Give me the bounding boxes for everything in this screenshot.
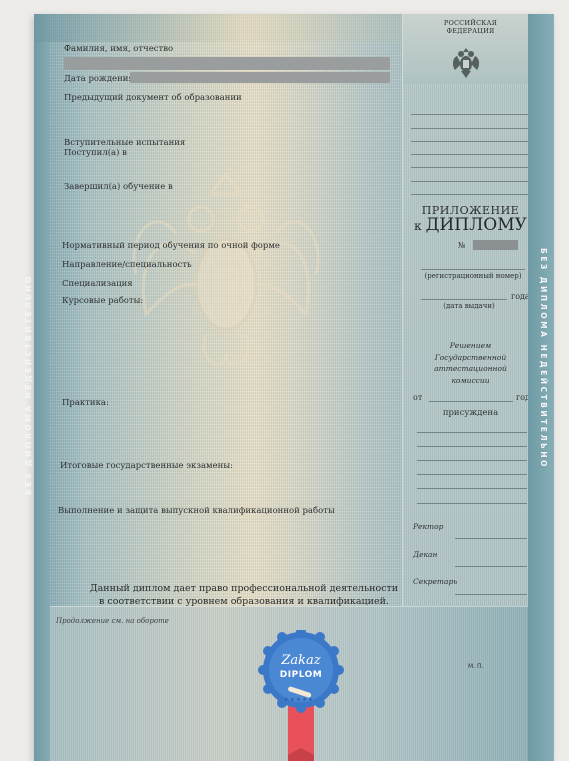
title-main: ДИПЛОМУ	[426, 215, 527, 235]
ruled-line	[417, 460, 527, 461]
label-practice: Практика:	[62, 398, 109, 408]
ruled-line	[411, 141, 529, 142]
country-line-1: РОССИЙСКАЯ	[403, 19, 538, 27]
secretary-label: Секретарь	[413, 577, 457, 586]
from-word: от	[413, 393, 422, 402]
rector-label: Ректор	[413, 522, 443, 531]
label-full-name: Фамилия, имя, отчество	[64, 44, 173, 54]
right-panel: РОССИЙСКАЯ ФЕДЕРАЦИЯ	[402, 14, 538, 606]
issue-date-line[interactable]	[421, 299, 507, 300]
ruled-line	[417, 474, 527, 475]
commission-text: Решением Государственной аттестационной …	[403, 340, 538, 386]
seal-ribbon-icon: ★ ★ ★ ★ ★	[258, 630, 344, 761]
awarded-word: присуждена	[403, 408, 538, 418]
label-direction: Направление/специальность	[62, 260, 192, 270]
ruled-line	[411, 128, 529, 129]
full-name-field[interactable]	[64, 57, 390, 70]
rights-notice: Данный диплом дает право профессионально…	[79, 582, 409, 608]
label-graduated: Завершил(а) обучение в	[64, 182, 173, 192]
side-text-right: БЕЗ ДИПЛОМА НЕДЕЙСТВИТЕЛЬНО	[539, 248, 548, 469]
commission-line: Государственной	[403, 352, 538, 364]
coat-of-arms-icon	[451, 44, 481, 80]
year-word: года	[511, 292, 530, 301]
commission-line: Решением	[403, 340, 538, 352]
supplement-number-field[interactable]	[473, 240, 518, 250]
label-birth-date: Дата рождения	[64, 74, 134, 84]
ruled-line	[417, 488, 527, 489]
svg-text:★ ★ ★ ★ ★: ★ ★ ★ ★ ★	[284, 697, 313, 703]
country-header: РОССИЙСКАЯ ФЕДЕРАЦИЯ	[403, 14, 538, 84]
reg-number-line	[421, 269, 525, 270]
secretary-signature-line[interactable]	[455, 594, 527, 595]
commission-line: аттестационной	[403, 363, 538, 375]
ruled-line	[411, 181, 529, 182]
ruled-line	[417, 503, 527, 504]
continuation-note: Продолжение см. на обороте	[56, 617, 169, 625]
double-headed-eagle-watermark-icon	[116, 164, 336, 384]
number-sign: №	[458, 241, 466, 250]
label-state-exams: Итоговые государственные экзамены:	[60, 461, 233, 471]
commission-line: комиссии	[403, 375, 538, 387]
label-entrance-exams: Вступительные испытания	[64, 138, 185, 148]
reg-number-caption: (регистрационный номер)	[421, 272, 525, 280]
label-coursework: Курсовые работы:	[62, 296, 143, 306]
country-title: РОССИЙСКАЯ ФЕДЕРАЦИЯ	[403, 19, 538, 35]
label-enrolled: Поступил(а) в	[64, 148, 127, 158]
ruled-line	[411, 167, 529, 168]
label-previous-document: Предыдущий документ об образовании	[64, 93, 242, 103]
dean-signature-line[interactable]	[455, 566, 527, 567]
birth-date-field[interactable]	[130, 72, 390, 83]
ruled-line	[411, 114, 529, 115]
stamp-place-label: М. П.	[468, 663, 483, 670]
side-text-left: БЕЗ ДИПЛОМА НЕДЕЙСТВИТЕЛЬНО	[24, 274, 33, 495]
title-prefix: к	[414, 219, 422, 233]
label-specialization: Специализация	[62, 279, 133, 289]
label-thesis: Выполнение и защита выпускной квалификац…	[58, 506, 335, 516]
ruled-line	[417, 432, 527, 433]
badge-line-1: Zakaz	[258, 653, 344, 668]
country-line-2: ФЕДЕРАЦИЯ	[403, 27, 538, 35]
ruled-line	[411, 194, 529, 195]
supplement-subtitle: кДИПЛОМУ	[403, 215, 538, 235]
issue-date-caption: (дата выдачи)	[429, 302, 509, 310]
badge-line-2: DIPLOM	[258, 670, 344, 680]
notice-line-1: Данный диплом дает право профессионально…	[79, 582, 409, 595]
ruled-line	[417, 446, 527, 447]
watermark-badge: ★ ★ ★ ★ ★ Zakaz DIPLOM	[258, 630, 344, 761]
label-normative-period: Нормативный период обучения по очной фор…	[62, 241, 280, 251]
commission-date-line[interactable]	[429, 401, 513, 402]
rector-signature-line[interactable]	[455, 538, 527, 539]
ruled-line	[411, 154, 529, 155]
dean-label: Декан	[413, 550, 437, 559]
